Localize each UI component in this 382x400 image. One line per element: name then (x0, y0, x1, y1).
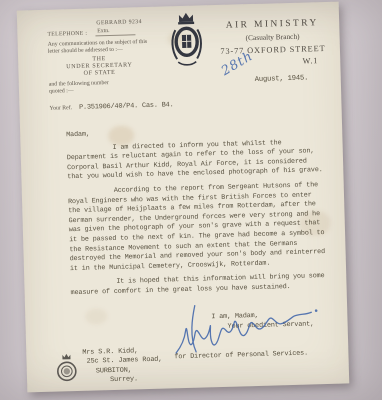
telephone-row: TELEPHONE : Extn. (47, 26, 163, 37)
addressee-block: THE UNDER SECRETARY OF STATE (48, 54, 165, 79)
letter-document: GERRARD 9234 TELEPHONE : Extn. Any commu… (17, 2, 350, 393)
crown-seal-stamp-icon (54, 352, 79, 387)
your-ref-label: Your Ref. (49, 105, 72, 112)
letterhead-left-block: GERRARD 9234 TELEPHONE : Extn. Any commu… (47, 18, 166, 114)
ministry-name: AIR MINISTRY (213, 18, 331, 31)
telephone-label: TELEPHONE : (47, 31, 87, 38)
typed-date: August, 1945. (255, 74, 309, 83)
street-address: 73-77 OXFORD STREET (214, 44, 332, 56)
paper-stain (85, 308, 107, 325)
recipient-county: Surrey. (110, 375, 163, 386)
paragraph: I am directed to inform you that whilst … (66, 138, 323, 184)
paragraph: According to the report from Sergeant Hu… (68, 181, 326, 274)
branch-name: (Casualty Branch) (213, 31, 331, 43)
addressee-line: OF STATE (48, 69, 150, 79)
photograph-background: GERRARD 9234 TELEPHONE : Extn. Any commu… (0, 0, 382, 400)
royal-coat-of-arms-icon (169, 9, 205, 68)
communications-note: Any communications on the subject of thi… (48, 39, 154, 56)
recipient-address-block: Mrs S.R. Kidd, 25c St. James Road, SURBI… (82, 347, 163, 387)
reference-row: Your Ref. P.351906/40/P4. Cas. B4. (49, 94, 165, 115)
reference-number: P.351906/40/P4. Cas. B4. (79, 101, 174, 112)
letter-body: Madam, I am directed to inform you that … (66, 124, 327, 304)
extension-label: Extn. (95, 27, 136, 36)
